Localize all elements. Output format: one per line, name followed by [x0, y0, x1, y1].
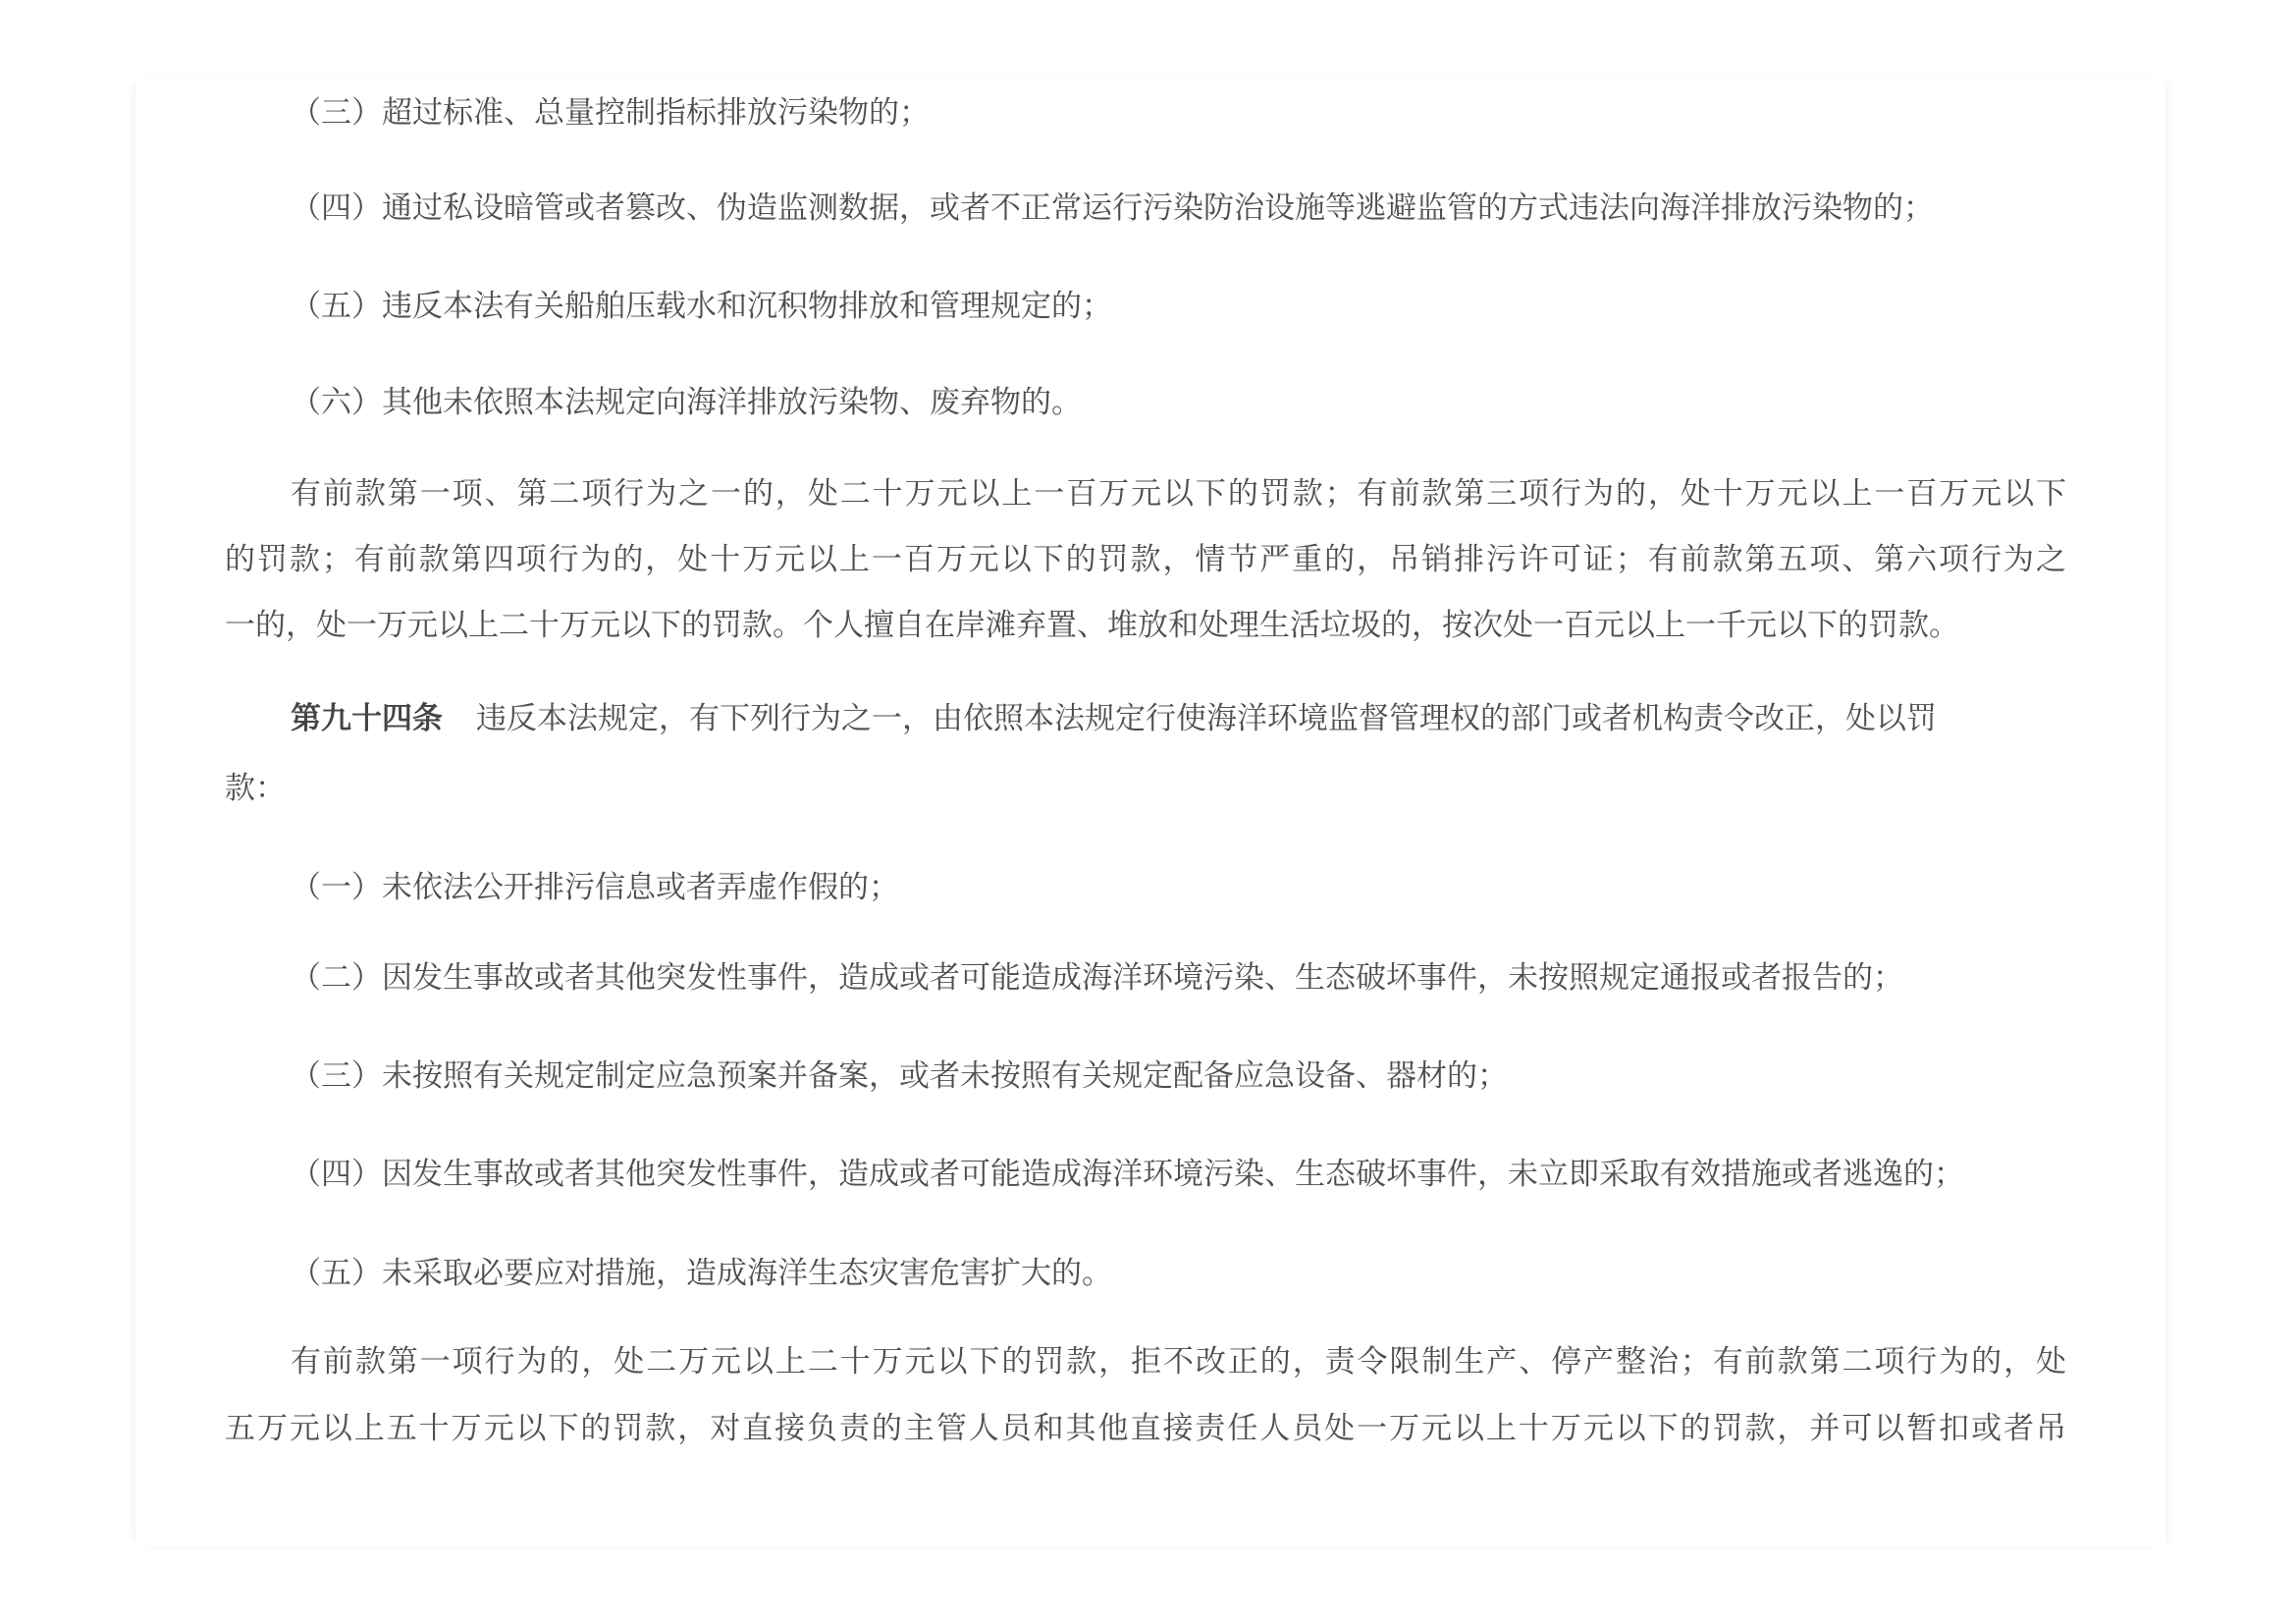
paragraph-line: 款： — [225, 767, 2066, 810]
paragraph-line: 的罚款；有前款第四项行为的，处十万元以上一百万元以下的罚款，情节严重的，吊销排污… — [225, 538, 2066, 581]
list-item: （三）超过标准、总量控制指标排放污染物的； — [291, 91, 2066, 135]
paragraph-line: 有前款第一项行为的，处二万元以上二十万元以下的罚款，拒不改正的，责令限制生产、停… — [291, 1340, 2066, 1383]
list-item: （二）因发生事故或者其他突发性事件，造成或者可能造成海洋环境污染、生态破坏事件，… — [291, 956, 2066, 1000]
list-item: （一）未依法公开排污信息或者弄虚作假的； — [291, 866, 2066, 909]
article-heading: 第九十四条 — [291, 701, 443, 736]
paragraph-line: 五万元以上五十万元以下的罚款，对直接负责的主管人员和其他直接责任人员处一万元以上… — [225, 1407, 2066, 1450]
list-item: （六）其他未依照本法规定向海洋排放污染物、废弃物的。 — [291, 381, 2066, 424]
list-item: （三）未按照有关规定制定应急预案并备案，或者未按照有关规定配备应急设备、器材的； — [291, 1055, 2066, 1098]
article-94-intro: 第九十四条违反本法规定，有下列行为之一，由依照本法规定行使海洋环境监督管理权的部… — [291, 697, 2066, 740]
list-item: （四）因发生事故或者其他突发性事件，造成或者可能造成海洋环境污染、生态破坏事件，… — [291, 1153, 2066, 1196]
article-intro-text: 违反本法规定，有下列行为之一，由依照本法规定行使海洋环境监督管理权的部门或者机构… — [476, 701, 1937, 736]
list-item: （四）通过私设暗管或者篡改、伪造监测数据，或者不正常运行污染防治设施等逃避监管的… — [291, 187, 2066, 230]
paragraph-line: 有前款第一项、第二项行为之一的，处二十万元以上一百万元以下的罚款；有前款第三项行… — [291, 472, 2066, 515]
list-item: （五）违反本法有关船舶压载水和沉积物排放和管理规定的； — [291, 285, 2066, 328]
list-item: （五）未采取必要应对措施，造成海洋生态灾害危害扩大的。 — [291, 1252, 2066, 1295]
paragraph-line: 一的，处一万元以上二十万元以下的罚款。个人擅自在岸滩弃置、堆放和处理生活垃圾的，… — [225, 604, 2066, 647]
